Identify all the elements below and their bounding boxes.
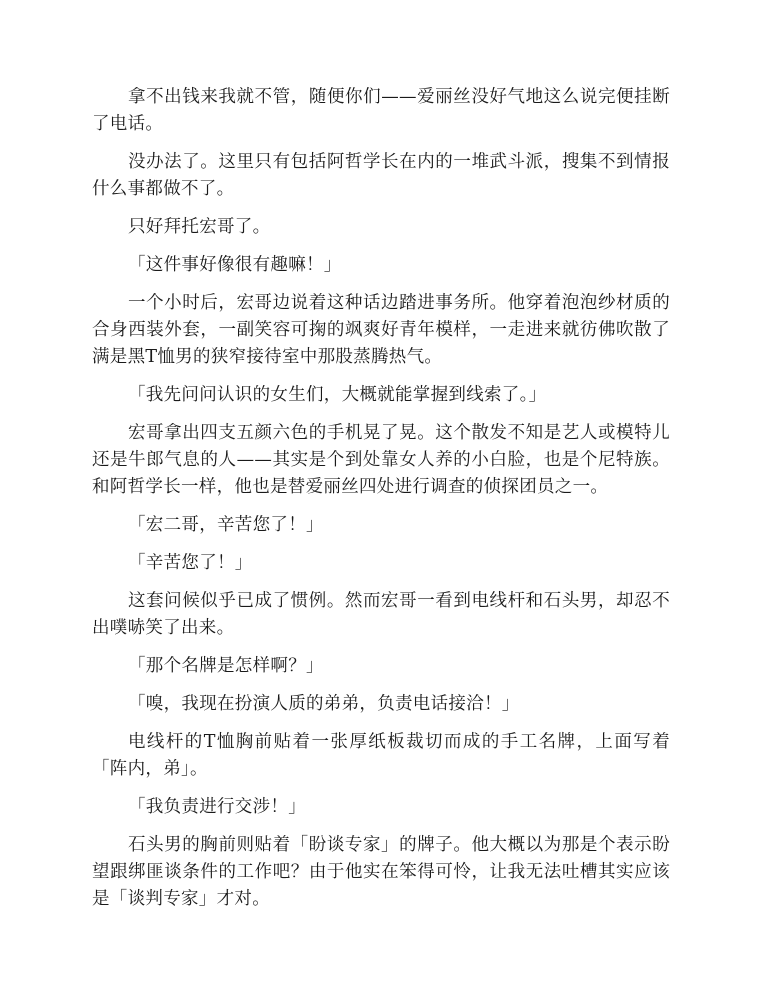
paragraph: 电线杆的T恤胸前贴着一张厚纸板裁切而成的手工名牌，上面写着「阵内，弟」。 — [92, 729, 670, 783]
paragraph: 没办法了。这里只有包括阿哲学长在内的一堆武斗派，搜集不到情报什么事都做不了。 — [92, 149, 670, 203]
paragraph: 一个小时后，宏哥边说着这种话边踏进事务所。他穿着泡泡纱材质的合身西装外套，一副笑… — [92, 290, 670, 371]
dialogue-line: 「嗅，我现在扮演人质的弟弟，负责电话接洽！」 — [92, 691, 670, 718]
paragraph: 这套问候似乎已成了惯例。然而宏哥一看到电线杆和石头男，却忍不出噗哧笑了出来。 — [92, 588, 670, 642]
dialogue-line: 「宏二哥，辛苦您了！」 — [92, 512, 670, 539]
dialogue-line: 「这件事好像很有趣嘛！」 — [92, 252, 670, 279]
paragraph: 只好拜托宏哥了。 — [92, 214, 670, 241]
document-page: 拿不出钱来我就不管，随便你们——爱丽丝没好气地这么说完便挂断了电话。 没办法了。… — [92, 84, 670, 924]
dialogue-line: 「我负责进行交涉！」 — [92, 794, 670, 821]
dialogue-line: 「那个名牌是怎样啊？」 — [92, 653, 670, 680]
paragraph: 宏哥拿出四支五颜六色的手机晃了晃。这个散发不知是艺人或模特儿还是牛郎气息的人——… — [92, 420, 670, 501]
dialogue-line: 「辛苦您了！」 — [92, 550, 670, 577]
paragraph: 拿不出钱来我就不管，随便你们——爱丽丝没好气地这么说完便挂断了电话。 — [92, 84, 670, 138]
dialogue-line: 「我先问问认识的女生们，大概就能掌握到线索了。」 — [92, 382, 670, 409]
paragraph: 石头男的胸前则贴着「盼谈专家」的牌子。他大概以为那是个表示盼望跟绑匪谈条件的工作… — [92, 832, 670, 913]
